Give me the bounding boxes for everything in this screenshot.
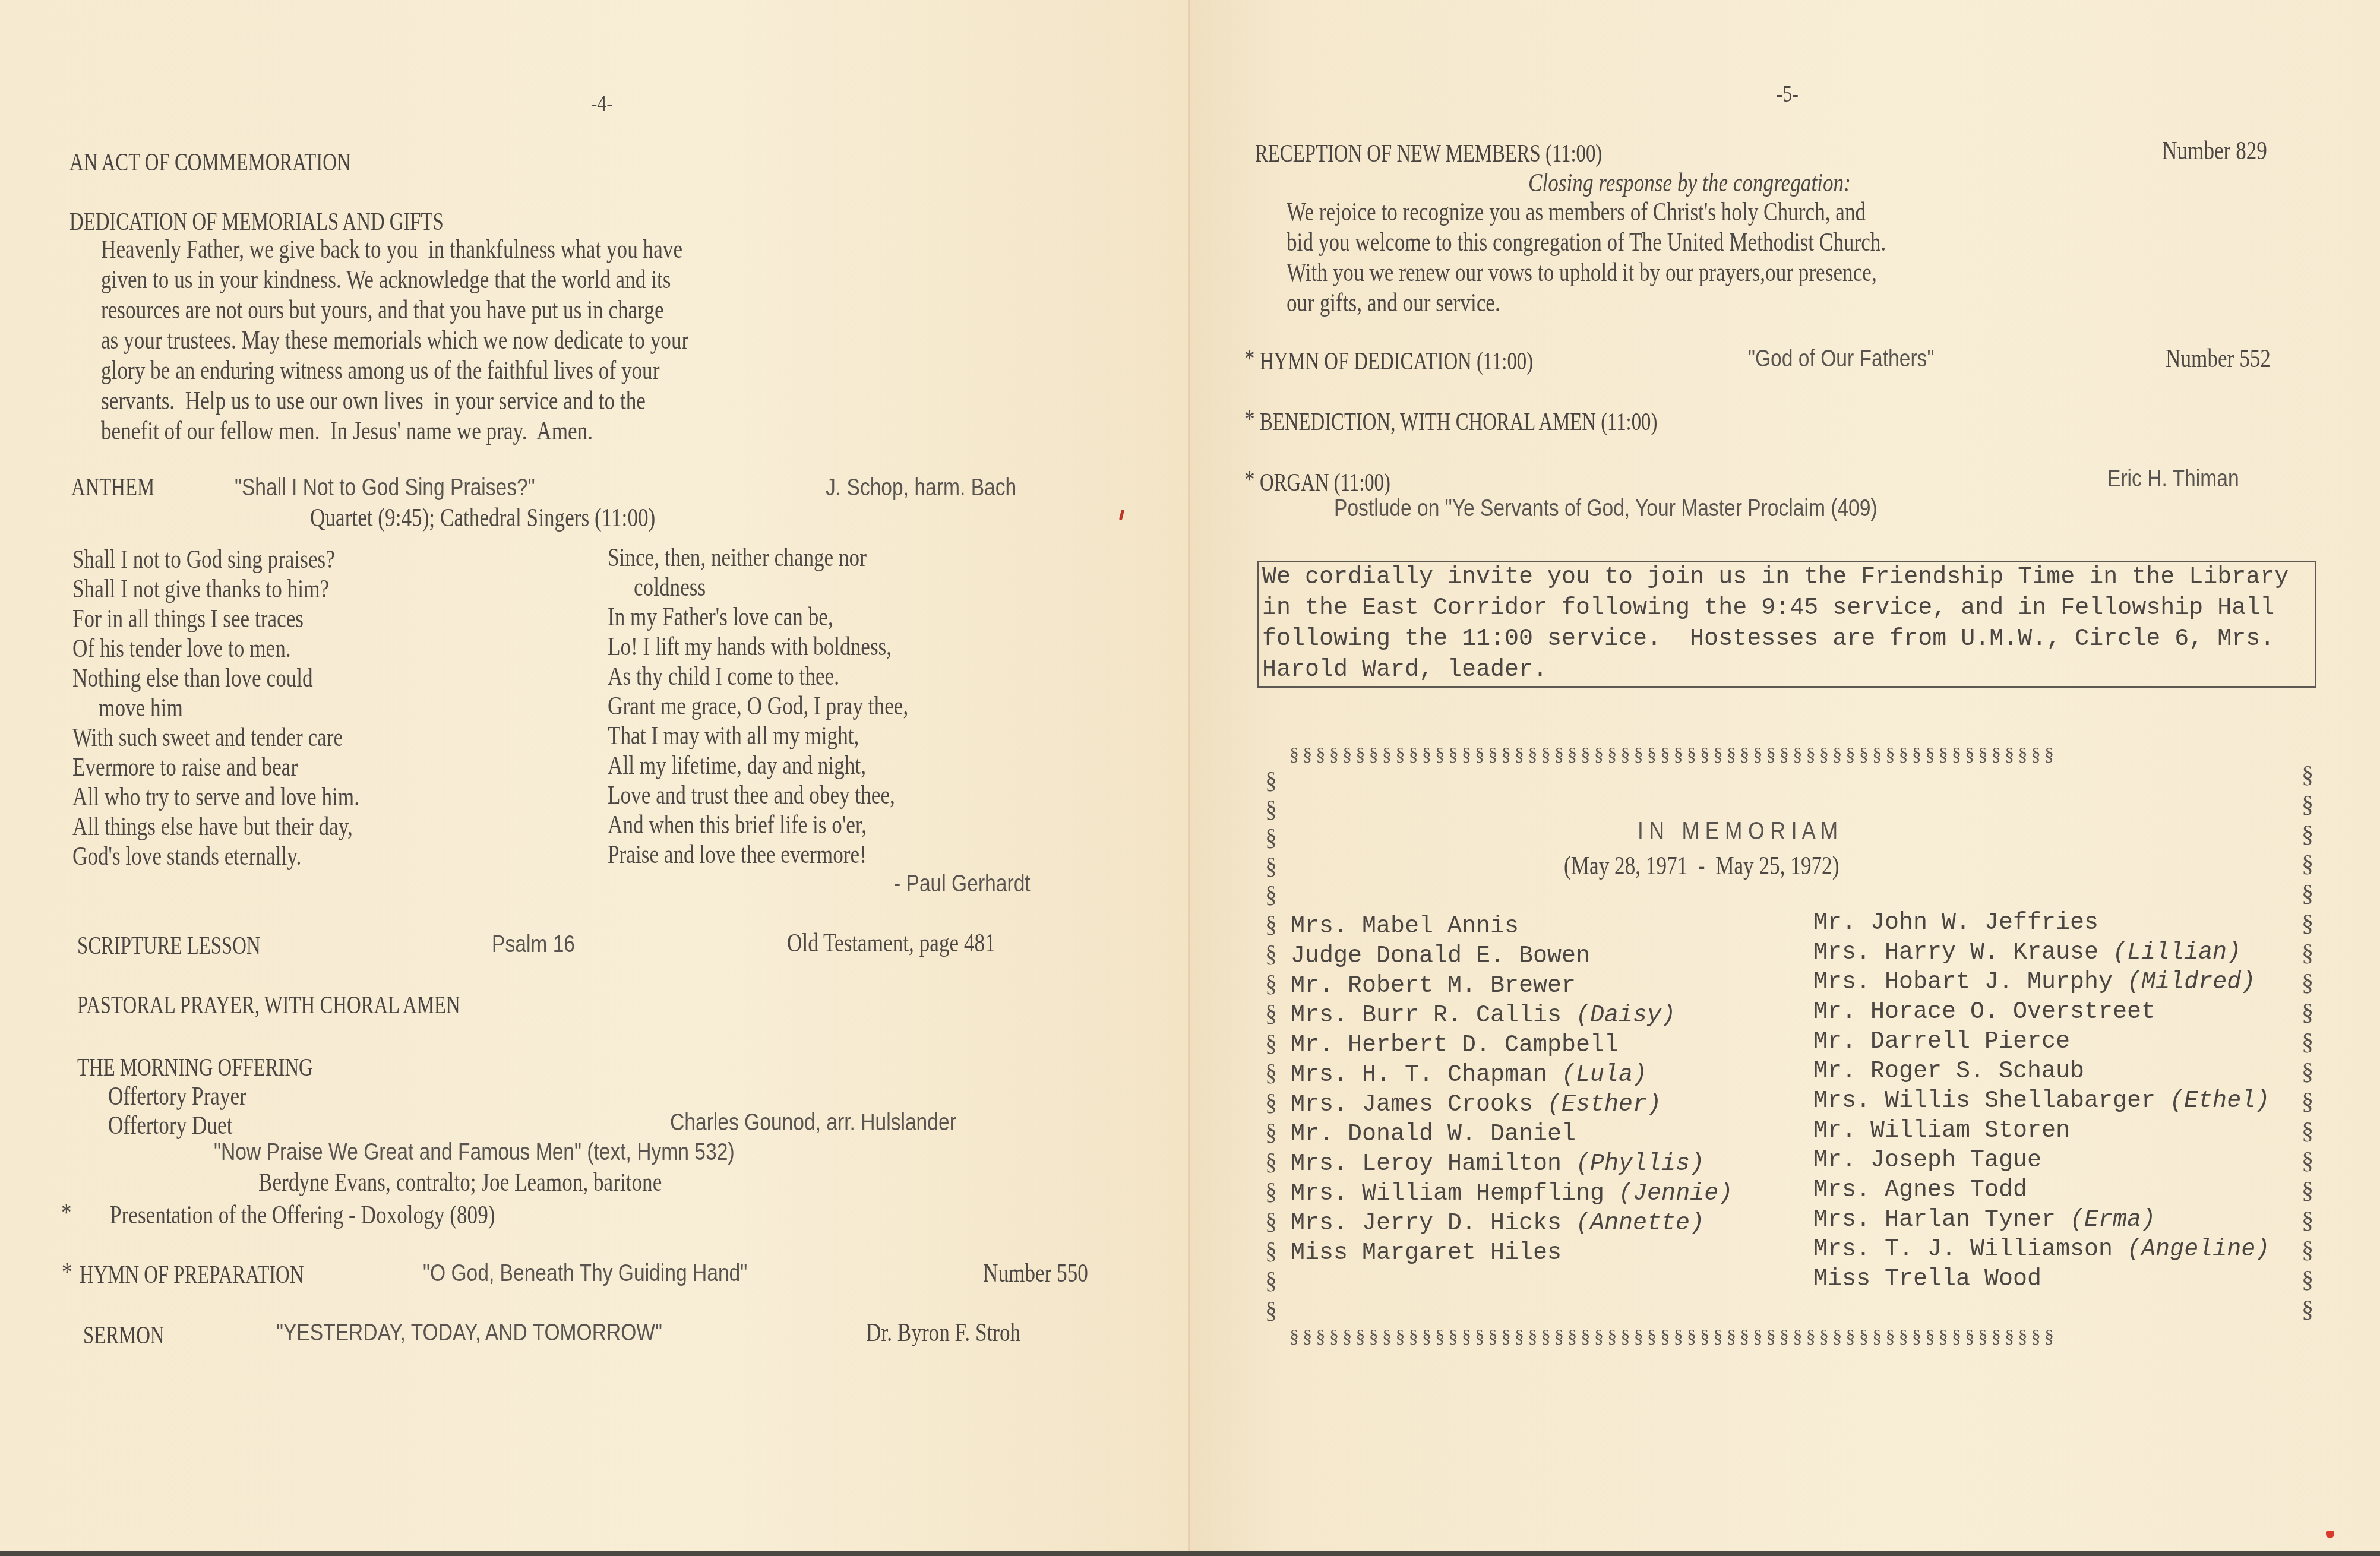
memorial-name: Mrs. Harlan Tyner (Erma) — [1813, 1206, 2155, 1235]
hymn-dedication-number: Number 552 — [2166, 344, 2271, 373]
given-name: (Lillian) — [2113, 940, 2241, 966]
sermon-preacher: Dr. Byron F. Stroh — [866, 1318, 1020, 1347]
standing-marker: * — [1244, 466, 1255, 494]
given-name: (Daisy) — [1576, 1002, 1676, 1029]
offering-presentation: Presentation of the Offering - Doxology … — [110, 1201, 495, 1229]
standing-marker: * — [1244, 344, 1255, 373]
page-number: -5- — [1777, 80, 1799, 108]
offertory-duet-composer: Charles Gounod, arr. Hulslander — [670, 1108, 956, 1137]
lyric-line: And when this brief life is o'er, — [608, 811, 867, 839]
memorial-name: Miss Margaret Hiles — [1291, 1239, 1562, 1269]
sermon-label: SERMON — [83, 1321, 165, 1350]
given-name: (Erma) — [2070, 1207, 2155, 1234]
lyric-line: With such sweet and tender care — [72, 723, 343, 752]
prayer-line: resources are not ours but yours, and th… — [101, 296, 664, 324]
standing-marker: * — [61, 1198, 72, 1227]
given-name: (Mildred) — [2127, 969, 2255, 996]
memorial-name: Mrs. Leroy Hamilton (Phyllis) — [1291, 1150, 1704, 1179]
section-sign-border-top: §§§§§§§§§§§§§§§§§§§§§§§§§§§§§§§§§§§§§§§§… — [1289, 744, 2057, 766]
lyric-line: Evermore to raise and bear — [72, 753, 298, 782]
lyric-line: Grant me grace, O God, I pray thee, — [608, 692, 908, 720]
lyric-line: In my Father's love can be, — [608, 603, 833, 631]
memorial-name: Mr. Robert M. Brewer — [1291, 972, 1576, 1001]
response-line: bid you welcome to this congregation of … — [1287, 228, 1886, 257]
organ-piece: Postlude on "Ye Servants of God, Your Ma… — [1334, 494, 1878, 523]
act-heading: AN ACT OF COMMEMORATION — [69, 148, 351, 177]
hymn-preparation-label: HYMN OF PREPARATION — [80, 1261, 304, 1289]
given-name: (Ethel) — [2170, 1088, 2270, 1115]
invitation-line: Harold Ward, leader. — [1262, 655, 1547, 686]
right-page: -5- RECEPTION OF NEW MEMBERS (11:00) Num… — [1190, 0, 2380, 1551]
response-line: With you we renew our vows to uphold it … — [1287, 258, 1877, 287]
invitation-line: following the 11:00 service. Hostesses a… — [1262, 624, 2274, 655]
dedication-heading: DEDICATION OF MEMORIALS AND GIFTS — [69, 208, 444, 236]
lyric-line: Of his tender love to men. — [72, 634, 291, 663]
lyric-line: God's love stands eternally. — [72, 842, 301, 871]
memorial-name: Mrs. Jerry D. Hicks (Annette) — [1291, 1209, 1704, 1239]
lyric-line: All who try to serve and love him. — [72, 783, 359, 811]
prayer-line: Heavenly Father, we give back to you in … — [101, 235, 682, 264]
sermon-title: "YESTERDAY, TODAY, AND TOMORROW" — [276, 1318, 662, 1347]
prayer-line: glory be an enduring witness among us of… — [101, 356, 659, 385]
memorial-name: Mrs. James Crooks (Esther) — [1291, 1090, 1661, 1120]
lyric-line: Nothing else than love could — [72, 664, 313, 692]
offering-heading: THE MORNING OFFERING — [77, 1054, 313, 1082]
benediction-label: BENEDICTION, WITH CHORAL AMEN (11:00) — [1260, 408, 1657, 437]
memorial-name: Mr. Horace O. Overstreet — [1813, 998, 2155, 1027]
lyric-line: Love and trust thee and obey thee, — [608, 781, 895, 809]
lyric-line: move him — [72, 694, 183, 722]
response-line: We rejoice to recognize you as members o… — [1287, 198, 1866, 226]
lyric-line: All things else have but their day, — [72, 812, 353, 841]
prayer-line: benefit of our fellow men. In Jesus' nam… — [101, 417, 593, 445]
offertory-duet-performers: Berdyne Evans, contralto; Joe Leamon, ba… — [258, 1168, 662, 1197]
given-name: (Jennie) — [1619, 1181, 1733, 1207]
hymn-preparation-title: "O God, Beneath Thy Guiding Hand" — [423, 1259, 747, 1288]
memorial-name: Mrs. Hobart J. Murphy (Mildred) — [1813, 968, 2255, 998]
memorial-name: Mr. William Storen — [1813, 1117, 2070, 1146]
hymn-preparation-number: Number 550 — [983, 1259, 1088, 1288]
invitation-line: We cordially invite you to join us in th… — [1262, 562, 2289, 593]
anthem-attribution: - Paul Gerhardt — [894, 869, 1031, 898]
memorial-name: Mrs. Burr R. Callis (Daisy) — [1291, 1001, 1676, 1031]
lyric-line: Shall I not give thanks to him? — [72, 575, 329, 603]
reception-label: RECEPTION OF NEW MEMBERS (11:00) — [1255, 140, 1602, 168]
prayer-line: servants. Help us to use our own lives i… — [101, 387, 646, 415]
memorial-name: Mrs. Agnes Todd — [1813, 1176, 2027, 1206]
given-name: (Angeline) — [2127, 1236, 2270, 1263]
hymn-dedication-title: "God of Our Fathers" — [1748, 344, 1934, 373]
red-ink-mark — [1119, 510, 1124, 521]
given-name: (Lula) — [1562, 1062, 1647, 1089]
scanner-edge — [0, 1551, 2380, 1556]
memorial-name: Judge Donald E. Bowen — [1291, 942, 1590, 972]
lyric-line: All my lifetime, day and night, — [608, 751, 866, 780]
given-name: (Phyllis) — [1576, 1151, 1704, 1178]
organ-label: ORGAN (11:00) — [1260, 469, 1390, 497]
anthem-composer: J. Schop, harm. Bach — [826, 473, 1016, 502]
hymn-dedication-label: HYMN OF DEDICATION (11:00) — [1260, 347, 1533, 376]
standing-marker: * — [1244, 405, 1255, 434]
lyric-line: For in all things I see traces — [72, 605, 304, 633]
offertory-prayer: Offertory Prayer — [108, 1082, 246, 1111]
friendship-invitation-box: We cordially invite you to join us in th… — [1257, 561, 2316, 688]
memorial-name: Mrs. Mabel Annis — [1291, 912, 1519, 942]
offertory-duet-title: "Now Praise We Great and Famous Men" (te… — [214, 1138, 735, 1166]
prayer-line: as your trustees. May these memorials wh… — [101, 326, 688, 355]
memorial-name: Mrs. H. T. Chapman (Lula) — [1291, 1061, 1647, 1090]
red-ink-mark — [2326, 1531, 2334, 1538]
invitation-line: in the East Corridor following the 9:45 … — [1262, 593, 2274, 624]
memorial-name: Mr. Donald W. Daniel — [1291, 1120, 1576, 1150]
left-page: -4- AN ACT OF COMMEMORATION DEDICATION O… — [0, 0, 1190, 1551]
anthem-label: ANTHEM — [71, 473, 154, 502]
memoriam-dates: (May 28, 1971 - May 25, 1972) — [1564, 852, 1839, 880]
memorial-name: Mrs. William Hempfling (Jennie) — [1291, 1179, 1733, 1209]
anthem-performers: Quartet (9:45); Cathedral Singers (11:00… — [310, 504, 655, 532]
closing-response-heading: Closing response by the congregation: — [1528, 169, 1851, 197]
lyric-line: Praise and love thee evermore! — [608, 840, 867, 869]
memorial-name: Mr. John W. Jeffries — [1813, 909, 2098, 938]
given-name: (Annette) — [1576, 1210, 1704, 1237]
anthem-title: "Shall I Not to God Sing Praises?" — [235, 473, 535, 502]
standing-marker: * — [62, 1258, 72, 1286]
memorial-name: Mr. Darrell Pierce — [1813, 1027, 2070, 1057]
section-sign-border-bottom: §§§§§§§§§§§§§§§§§§§§§§§§§§§§§§§§§§§§§§§§… — [1289, 1326, 2057, 1348]
memorial-name: Mrs. Harry W. Krause (Lillian) — [1813, 938, 2241, 968]
lyric-line: Since, then, neither change nor — [608, 543, 867, 572]
memorial-name: Miss Trella Wood — [1813, 1265, 2041, 1295]
memorial-name: Mr. Herbert D. Campbell — [1291, 1031, 1619, 1061]
given-name: (Esther) — [1547, 1092, 1661, 1118]
organ-composer: Eric H. Thiman — [2107, 464, 2239, 493]
page-number: -4- — [591, 89, 613, 118]
scripture-reference: Old Testament, page 481 — [787, 929, 995, 957]
lyric-line: As thy child I come to thee. — [608, 662, 839, 691]
memorial-name: Mr. Joseph Tague — [1813, 1146, 2041, 1176]
memorial-name: Mrs. Willis Shellabarger (Ethel) — [1813, 1087, 2270, 1117]
memoriam-title: I N M E M O R I A M — [1638, 817, 1838, 845]
memorial-name: Mr. Roger S. Schaub — [1813, 1057, 2084, 1087]
pastoral-prayer-heading: PASTORAL PRAYER, WITH CHORAL AMEN — [77, 991, 460, 1020]
memorial-name: Mrs. T. J. Williamson (Angeline) — [1813, 1235, 2270, 1265]
reception-number: Number 829 — [2162, 137, 2267, 165]
prayer-line: given to us in your kindness. We acknowl… — [101, 265, 671, 294]
lyric-line: That I may with all my might, — [608, 722, 859, 750]
scripture-reading: Psalm 16 — [492, 930, 575, 959]
lyric-line: Lo! I lift my hands with boldness, — [608, 632, 892, 661]
lyric-line: coldness — [608, 573, 706, 602]
response-line: our gifts, and our service. — [1287, 289, 1500, 317]
offertory-duet-label: Offertory Duet — [108, 1111, 233, 1140]
lyric-line: Shall I not to God sing praises? — [72, 545, 335, 574]
scripture-label: SCRIPTURE LESSON — [77, 932, 261, 960]
